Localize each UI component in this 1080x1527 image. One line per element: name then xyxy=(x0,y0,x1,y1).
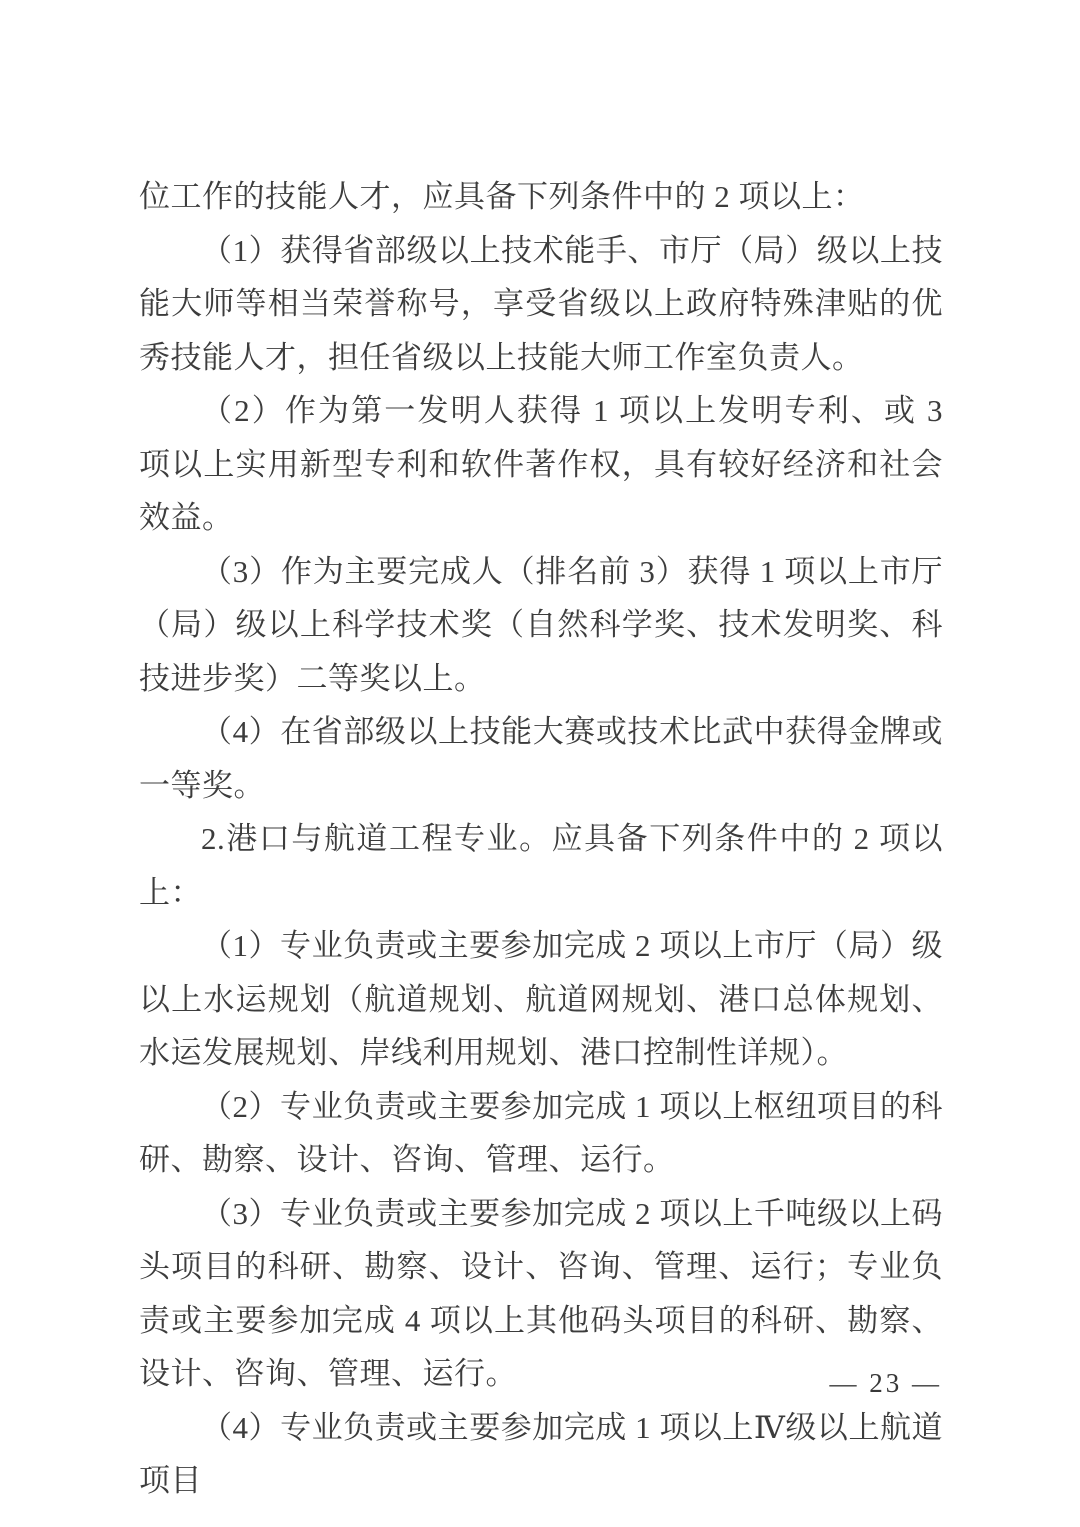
paragraph-item-2-1: （1）专业负责或主要参加完成 2 项以上市厅（局）级以上水运规划（航道规划、航道… xyxy=(139,919,943,1080)
paragraph-item-1-4: （4）在省部级以上技能大赛或技术比武中获得金牌或一等奖。 xyxy=(139,705,943,812)
paragraph-item-1-2: （2）作为第一发明人获得 1 项以上发明专利、或 3 项以上实用新型专利和软件著… xyxy=(139,384,943,545)
paragraph-item-2-3: （3）专业负责或主要参加完成 2 项以上千吨级以上码头项目的科研、勘察、设计、咨… xyxy=(139,1187,943,1401)
page-number: — 23 — xyxy=(830,1368,943,1399)
paragraph-item-2-2: （2）专业负责或主要参加完成 1 项以上枢纽项目的科研、勘察、设计、咨询、管理、… xyxy=(139,1080,943,1187)
paragraph-continuation: 位工作的技能人才，应具备下列条件中的 2 项以上： xyxy=(139,170,943,224)
paragraph-item-2-4: （4）专业负责或主要参加完成 1 项以上Ⅳ级以上航道项目 xyxy=(139,1401,943,1508)
document-page: 位工作的技能人才，应具备下列条件中的 2 项以上： （1）获得省部级以上技术能手… xyxy=(0,0,1080,1527)
paragraph-section-2-heading: 2.港口与航道工程专业。应具备下列条件中的 2 项以上： xyxy=(139,812,943,919)
paragraph-item-1-1: （1）获得省部级以上技术能手、市厅（局）级以上技能大师等相当荣誉称号，享受省级以… xyxy=(139,224,943,385)
paragraph-item-1-3: （3）作为主要完成人（排名前 3）获得 1 项以上市厅（局）级以上科学技术奖（自… xyxy=(139,545,943,706)
document-body: 位工作的技能人才，应具备下列条件中的 2 项以上： （1）获得省部级以上技术能手… xyxy=(139,170,943,1508)
